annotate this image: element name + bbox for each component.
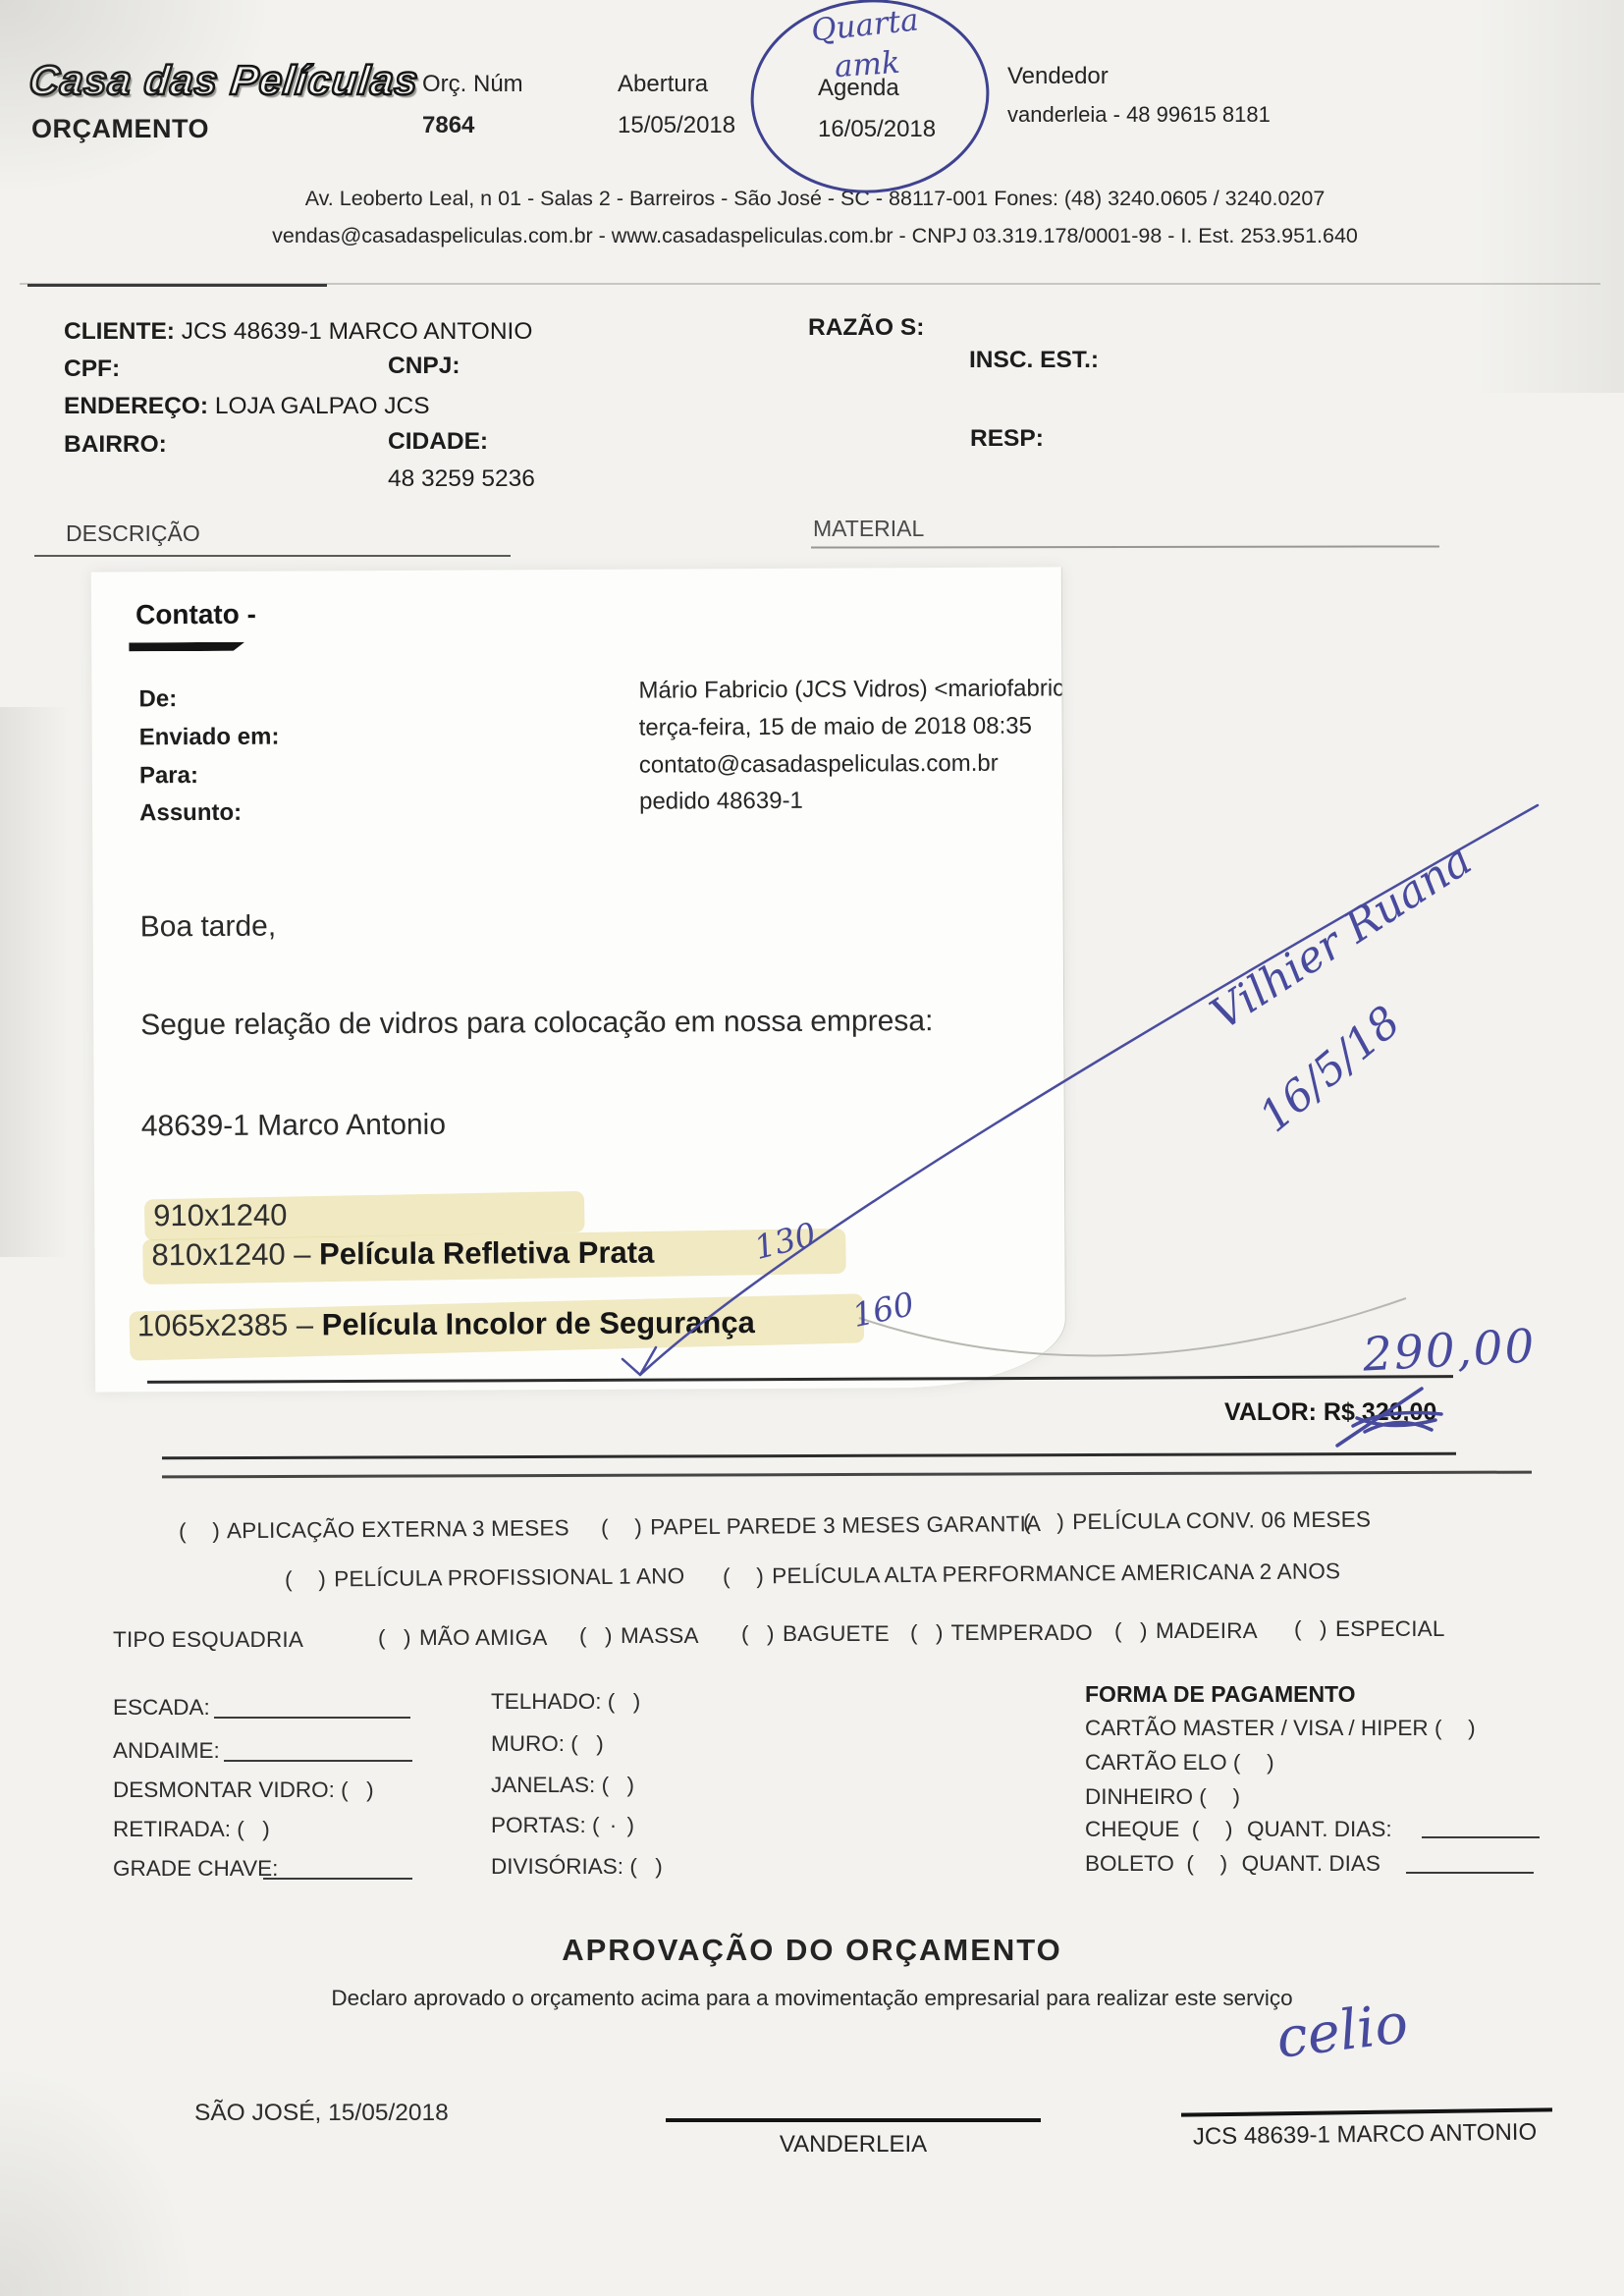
descricao-label: DESCRIÇÃO: [66, 520, 200, 547]
janelas-field: JANELAS: ( ): [491, 1773, 636, 1798]
handwritten-diagonal-name: Vilhier Ruana: [1202, 835, 1480, 1040]
pasted-email-printout: Contato - De: Enviado em: Para: Assunto:…: [91, 567, 1066, 1392]
scan-crease: [0, 707, 69, 1257]
email-assunto-value: pedido 48639-1: [639, 788, 803, 816]
orc-num-label: Orç. Núm: [422, 71, 523, 98]
scanned-orcamento-document: Casa das Películas ORÇAMENTO Orç. Núm 78…: [0, 0, 1624, 2296]
valor-row: VALOR: R$ 320,00: [1224, 1398, 1436, 1427]
agenda-field: Agenda 16/05/2018: [818, 75, 936, 143]
scan-crease: [0, 2062, 196, 2296]
pagamento-boleto: BOLETO ( ) QUANT. DIAS: [1085, 1851, 1380, 1877]
email-assunto-label: Assunto:: [139, 799, 242, 828]
cliente-label: CLIENTE:: [64, 318, 175, 345]
endereco-label: ENDEREÇO:: [64, 393, 208, 419]
company-logo: Casa das Películas: [27, 57, 420, 104]
esquadria-label: TIPO ESQUADRIA: [113, 1627, 303, 1653]
cliente-row: CLIENTE: JCS 48639-1 MARCO ANTONIO: [64, 318, 532, 346]
cidade-phone-value: 48 3259 5236: [388, 465, 535, 493]
contato-section-title: Contato -: [135, 599, 256, 631]
section-rule: [162, 1452, 1456, 1460]
portas-field: PORTAS: ( · ): [491, 1813, 636, 1838]
razao-label: RAZÃO S:: [808, 314, 924, 342]
contato-underline-bar: [129, 642, 244, 652]
material-label: MATERIAL: [813, 516, 924, 542]
abertura-field: Abertura 15/05/2018: [618, 71, 735, 139]
email-intro: Segue relação de vidros para colocação e…: [140, 1005, 933, 1042]
material-underline: [811, 545, 1439, 548]
bairro-label: BAIRRO:: [64, 431, 167, 459]
handwritten-circle-note-line2: amk: [834, 45, 901, 85]
vanderleia-signature-label: VANDERLEIA: [666, 2131, 1041, 2159]
cidade-label: CIDADE:: [388, 428, 488, 456]
email-de-value: Mário Fabricio (JCS Vidros) <mariofabric…: [638, 675, 1066, 704]
grade-chave-field: GRADE CHAVE:: [113, 1856, 278, 1882]
warranty-option: ( ) PAPEL PAREDE 3 MESES GARANTIA: [601, 1511, 1041, 1541]
email-para-value: contato@casadaspeliculas.com.br: [639, 750, 999, 780]
email-enviado-label: Enviado em:: [139, 724, 280, 752]
telhado-field: TELHADO: ( ): [491, 1689, 642, 1715]
handwritten-new-total: 290,00: [1362, 1319, 1538, 1382]
section-rule: [162, 1471, 1532, 1478]
glass-item-1: 910x1240: [153, 1198, 287, 1234]
cliente-signature-line: [1181, 2107, 1552, 2116]
abertura-label: Abertura: [618, 71, 735, 98]
esquadria-option: ( ) MASSA: [579, 1623, 699, 1649]
vanderleia-signature-line: [666, 2118, 1041, 2122]
warranty-option: ( ) APLICAÇÃO EXTERNA 3 MESES: [179, 1515, 569, 1544]
pagamento-cheque: CHEQUE ( ) QUANT. DIAS:: [1085, 1817, 1392, 1842]
pagamento-cartao-master: CARTÃO MASTER / VISA / HIPER ( ): [1085, 1716, 1478, 1741]
glass-item-3: 1065x2385 – Película Incolor de Seguranç…: [137, 1305, 755, 1343]
esquadria-option: ( ) BAGUETE: [741, 1621, 890, 1647]
vendedor-label: Vendedor: [1007, 63, 1271, 90]
esquadria-option: ( ) TEMPERADO: [910, 1620, 1093, 1646]
email-de-label: De:: [138, 685, 177, 713]
andaime-line: [224, 1760, 412, 1762]
scan-crease: [1473, 0, 1624, 393]
cliente-signature-label: JCS 48639-1 MARCO ANTONIO: [1159, 2118, 1571, 2152]
warranty-option: ( ) PELÍCULA CONV. 06 MESES: [1023, 1506, 1371, 1535]
insc-est-label: INSC. EST.:: [969, 347, 1099, 374]
escada-line: [214, 1717, 410, 1719]
boleto-dias-line: [1406, 1872, 1534, 1874]
cliente-value: JCS 48639-1 MARCO ANTONIO: [182, 318, 533, 345]
email-para-label: Para:: [139, 762, 198, 790]
esquadria-option: ( ) MADEIRA: [1114, 1618, 1258, 1644]
glass-item-2: 810x1240 – Película Refletiva Prata: [151, 1235, 654, 1274]
agenda-value: 16/05/2018: [818, 116, 936, 143]
abertura-value: 15/05/2018: [618, 112, 735, 139]
cpf-label: CPF:: [64, 355, 120, 383]
muro-field: MURO: ( ): [491, 1731, 606, 1757]
city-date: SÃO JOSÉ, 15/05/2018: [194, 2100, 449, 2127]
cheque-dias-line: [1422, 1836, 1540, 1838]
resp-label: RESP:: [970, 425, 1044, 453]
vendedor-field: Vendedor vanderleia - 48 99615 8181: [1007, 63, 1271, 128]
company-contact-line: vendas@casadaspeliculas.com.br - www.cas…: [137, 224, 1492, 248]
cnpj-label: CNPJ:: [388, 353, 460, 380]
pagamento-cartao-elo: CARTÃO ELO ( ): [1085, 1750, 1276, 1776]
email-greeting: Boa tarde,: [140, 910, 277, 945]
esquadria-option: ( ) ESPECIAL: [1294, 1616, 1445, 1642]
divider-dark-segment: [27, 284, 327, 287]
retirada-field: RETIRADA: ( ): [113, 1817, 272, 1842]
company-address-line: Av. Leoberto Leal, n 01 - Salas 2 - Barr…: [137, 187, 1492, 211]
orc-num-value: 7864: [422, 112, 523, 139]
andaime-field: ANDAIME:: [113, 1738, 220, 1764]
descricao-underline: [34, 555, 511, 557]
desmontar-vidro-field: DESMONTAR VIDRO: ( ): [113, 1777, 376, 1803]
orc-num-field: Orç. Núm 7864: [422, 71, 523, 139]
email-order-ref: 48639-1 Marco Antonio: [141, 1109, 446, 1144]
approval-title: APROVAÇÃO DO ORÇAMENTO: [0, 1933, 1624, 1968]
esquadria-option: ( ) MÃO AMIGA: [378, 1625, 548, 1651]
document-type-title: ORÇAMENTO: [31, 114, 209, 144]
valor-old-value: 320,00: [1362, 1398, 1436, 1426]
valor-label: VALOR: R$: [1224, 1398, 1355, 1426]
grade-chave-line: [263, 1878, 412, 1880]
divisorias-field: DIVISÓRIAS: ( ): [491, 1854, 665, 1880]
endereco-row: ENDEREÇO: LOJA GALPAO JCS: [64, 393, 430, 420]
escada-field: ESCADA:: [113, 1695, 210, 1721]
warranty-option: ( ) PELÍCULA ALTA PERFORMANCE AMERICANA …: [723, 1558, 1340, 1589]
email-enviado-value: terça-feira, 15 de maio de 2018 08:35: [639, 713, 1032, 742]
pagamento-dinheiro: DINHEIRO ( ): [1085, 1784, 1242, 1810]
vendedor-value: vanderleia - 48 99615 8181: [1007, 102, 1271, 128]
forma-pagamento-title: FORMA DE PAGAMENTO: [1085, 1681, 1356, 1708]
handwritten-circle-note-line1: Quarta: [809, 2, 920, 48]
endereco-value: LOJA GALPAO JCS: [215, 393, 430, 419]
warranty-option: ( ) PELÍCULA PROFISSIONAL 1 ANO: [285, 1563, 685, 1593]
handwritten-diagonal-date: 16/5/18: [1250, 997, 1410, 1142]
